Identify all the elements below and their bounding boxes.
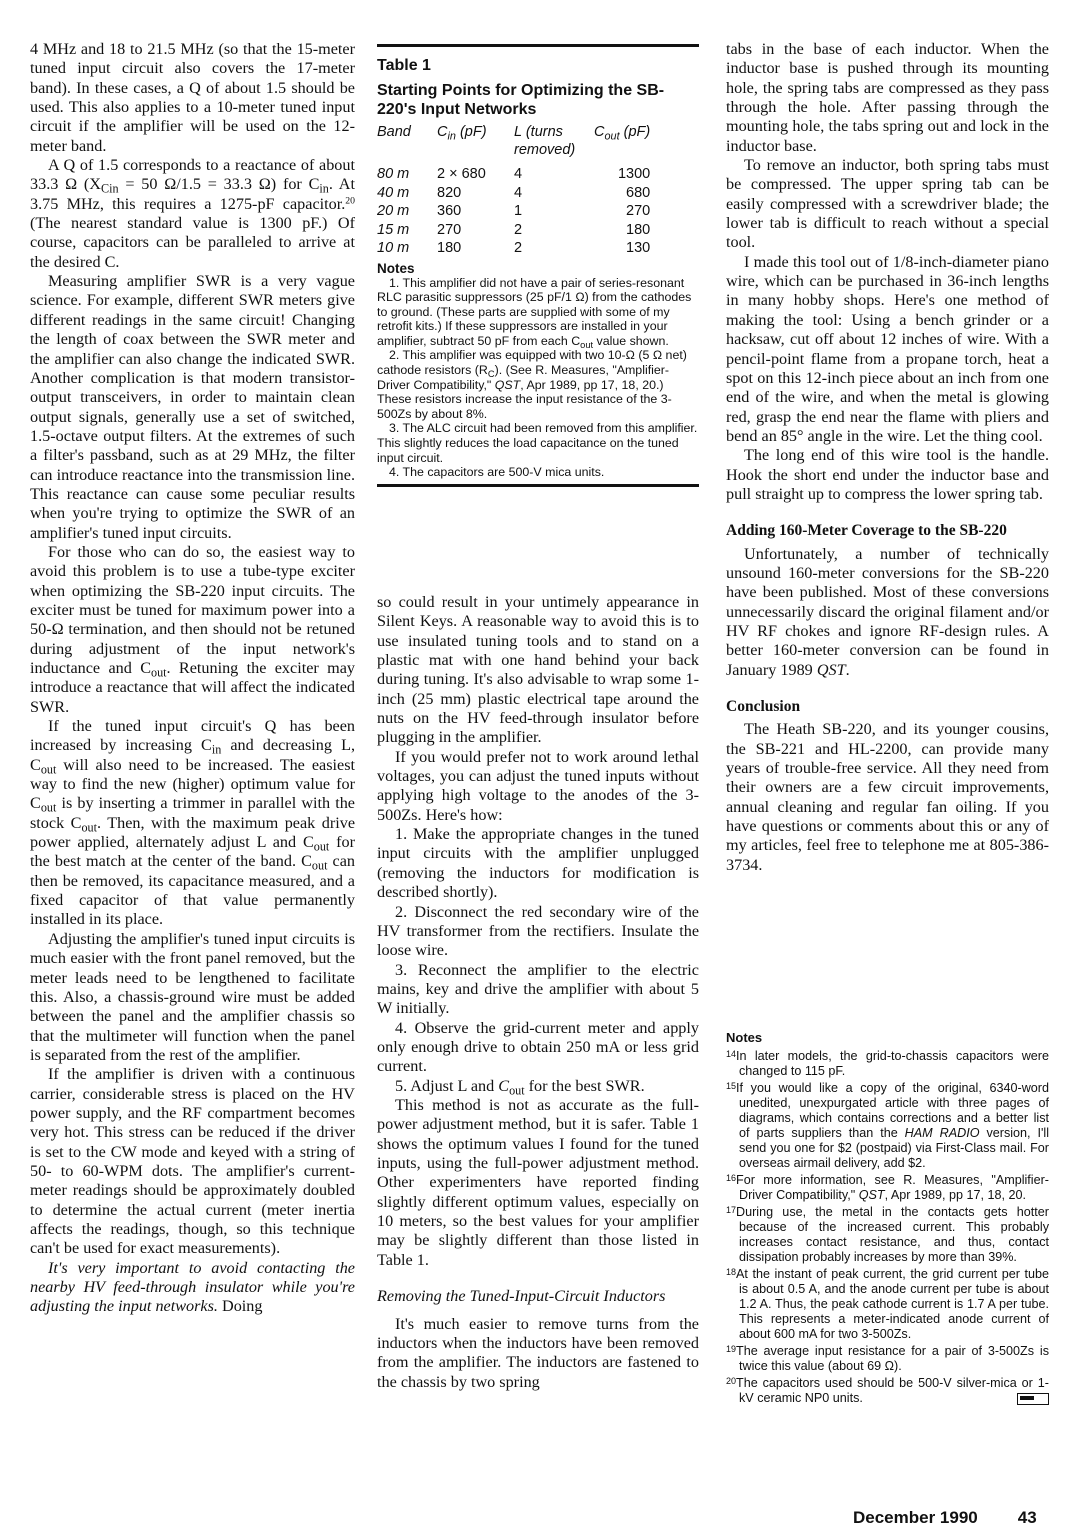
table-row: 40 m 820 4 680 (377, 184, 650, 203)
table-header-row: Band Cin (pF) L (turns removed) Cout (pF… (377, 123, 650, 165)
table-label: Table 1 (377, 57, 699, 75)
cell-l: 4 (514, 165, 594, 184)
cell-cin: 180 (437, 239, 514, 258)
table-row: 80 m 2 × 680 4 1300 (377, 165, 650, 184)
cell-l: 2 (514, 221, 594, 240)
table-row: 20 m 360 1 270 (377, 202, 650, 221)
section-heading: Adding 160-Meter Coverage to the SB-220 (726, 521, 1049, 540)
cell-band: 20 m (377, 202, 437, 221)
paragraph: The long end of this wire tool is the ha… (726, 446, 1049, 504)
paragraph: 4 MHz and 18 to 21.5 MHz (so that the 15… (30, 40, 355, 156)
paragraph: If the tuned input circuit's Q has been … (30, 717, 355, 930)
paragraph: This method is not as accurate as the fu… (377, 1096, 699, 1270)
paragraph: To remove an inductor, both spring tabs … (726, 156, 1049, 253)
paragraph: Measuring amplifier SWR is a very vague … (30, 272, 355, 543)
cell-cout: 180 (594, 221, 650, 240)
column-1: 4 MHz and 18 to 21.5 MHz (so that the 15… (30, 40, 355, 1317)
table-note: 1. This amplifier did not have a pair of… (377, 276, 699, 349)
list-item: 5. Adjust L and Cout for the best SWR. (377, 1077, 699, 1096)
endnote: 19The average input resistance for a pai… (726, 1342, 1049, 1374)
cell-band: 40 m (377, 184, 437, 203)
paragraph: It's very important to avoid contacting … (30, 1259, 355, 1317)
table-note: 2. This amplifier was equipped with two … (377, 348, 699, 421)
paragraph: The Heath SB-220, and its younger cousin… (726, 720, 1049, 875)
column-2: Table 1 Starting Points for Optimizing t… (377, 40, 699, 487)
endnotes-heading: Notes (726, 1030, 1049, 1045)
cell-cin: 2 × 680 (437, 165, 514, 184)
paragraph: For those who can do so, the easiest way… (30, 543, 355, 717)
footnote-ref: 20 (345, 195, 355, 206)
list-item: 4. Observe the grid-current meter and ap… (377, 1019, 699, 1077)
paragraph: I made this tool out of 1/8-inch-diamete… (726, 253, 1049, 446)
cell-band: 15 m (377, 221, 437, 240)
table-title: Starting Points for Optimizing the SB-22… (377, 81, 699, 119)
table-notes-heading: Notes (377, 261, 699, 276)
column-2-text: so could result in your untimely appeara… (377, 593, 699, 1392)
table-note: 3. The ALC circuit had been removed from… (377, 421, 699, 465)
page-number: 43 (1018, 1508, 1037, 1527)
cell-band: 10 m (377, 239, 437, 258)
paragraph: so could result in your untimely appeara… (377, 593, 699, 748)
cell-cout: 1300 (594, 165, 650, 184)
endnote: 16For more information, see R. Measures,… (726, 1171, 1049, 1203)
table-data: Band Cin (pF) L (turns removed) Cout (pF… (377, 123, 650, 258)
page-footer: December 199043 (853, 1508, 1037, 1528)
list-item: 2. Disconnect the red secondary wire of … (377, 903, 699, 961)
paragraph: Unfortunately, a number of technically u… (726, 545, 1049, 680)
cell-cin: 270 (437, 221, 514, 240)
endnote: 15If you would like a copy of the origin… (726, 1079, 1049, 1171)
table-row: 10 m 180 2 130 (377, 239, 650, 258)
column-header-l: L (turns removed) (514, 123, 594, 165)
endnote: 17During use, the metal in the contacts … (726, 1203, 1049, 1265)
endnote: 20The capacitors used should be 500-V si… (726, 1374, 1049, 1406)
column-header-band: Band (377, 123, 437, 165)
paragraph: If you would prefer not to work around l… (377, 748, 699, 825)
paragraph: Adjusting the amplifier's tuned input ci… (30, 930, 355, 1065)
divider (377, 484, 699, 487)
cell-l: 2 (514, 239, 594, 258)
endnotes: Notes 14In later models, the grid-to-cha… (726, 1030, 1049, 1406)
list-item: 1. Make the appropriate changes in the t… (377, 825, 699, 902)
table-notes: 1. This amplifier did not have a pair of… (377, 276, 699, 480)
divider (377, 44, 699, 47)
section-heading: Removing the Tuned-Input-Circuit Inducto… (377, 1287, 699, 1307)
table-note: 4. The capacitors are 500-V mica units. (377, 465, 699, 480)
cell-cout: 270 (594, 202, 650, 221)
paragraph: A Q of 1.5 corresponds to a reactance of… (30, 156, 355, 272)
cell-cin: 820 (437, 184, 514, 203)
paragraph: If the amplifier is driven with a contin… (30, 1065, 355, 1258)
column-header-cin: Cin (pF) (437, 123, 514, 165)
cell-l: 4 (514, 184, 594, 203)
column-header-cout: Cout (pF) (594, 123, 650, 165)
issue-date: December 1990 (853, 1508, 978, 1527)
end-of-article-icon (1017, 1393, 1049, 1405)
column-3: tabs in the base of each inductor. When … (726, 40, 1049, 875)
list-item: 3. Reconnect the amplifier to the electr… (377, 961, 699, 1019)
cell-l: 1 (514, 202, 594, 221)
cell-cin: 360 (437, 202, 514, 221)
column-3-text: tabs in the base of each inductor. When … (726, 40, 1049, 875)
paragraph: tabs in the base of each inductor. When … (726, 40, 1049, 156)
section-heading: Conclusion (726, 697, 1049, 716)
cell-band: 80 m (377, 165, 437, 184)
cell-cout: 130 (594, 239, 650, 258)
table-1: Table 1 Starting Points for Optimizing t… (377, 44, 699, 487)
cell-cout: 680 (594, 184, 650, 203)
endnote: 18At the instant of peak current, the gr… (726, 1265, 1049, 1342)
paragraph: It's much easier to remove turns from th… (377, 1315, 699, 1392)
endnote: 14In later models, the grid-to-chassis c… (726, 1047, 1049, 1079)
table-row: 15 m 270 2 180 (377, 221, 650, 240)
